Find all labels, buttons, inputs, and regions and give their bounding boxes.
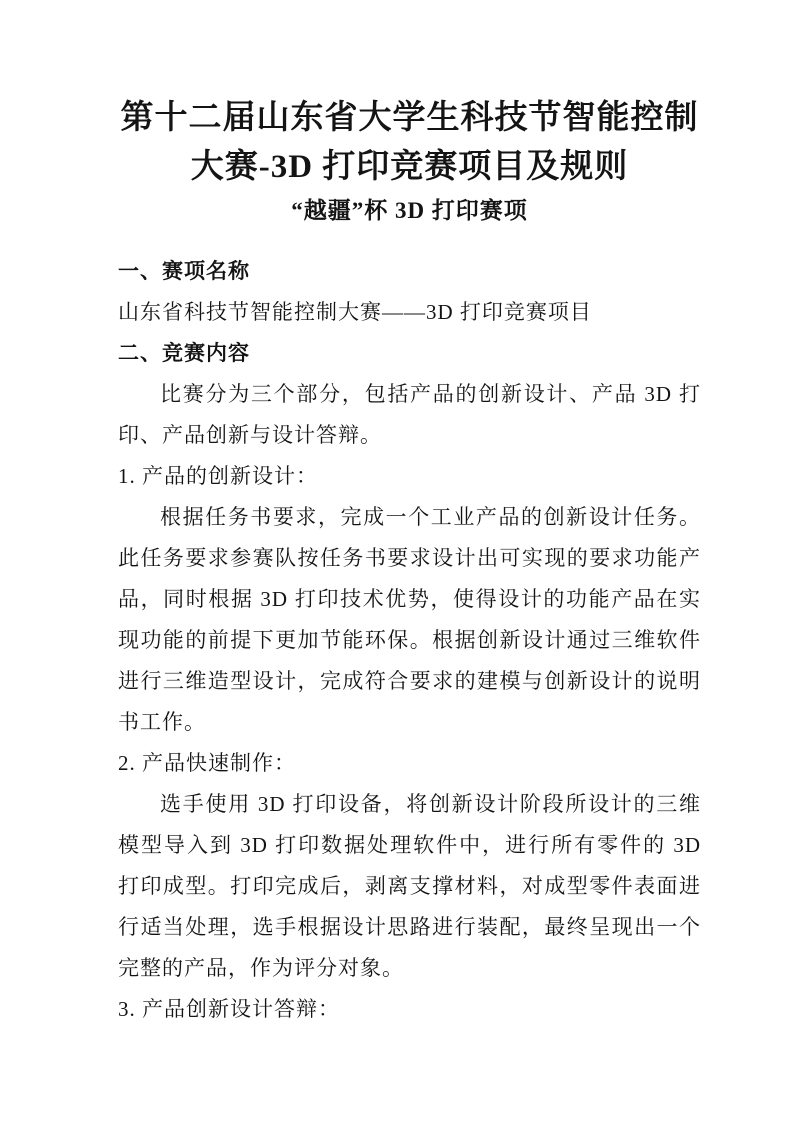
section-1-body: 山东省科技节智能控制大赛——3D 打印竞赛项目 bbox=[118, 292, 701, 333]
section-heading-2: 二、竞赛内容 bbox=[118, 333, 701, 374]
section-2-intro-paragraph: 比赛分为三个部分，包括产品的创新设计、产品 3D 打印、产品创新与设计答辩。 bbox=[118, 374, 701, 456]
list-item-1-label: 1. 产品的创新设计： bbox=[118, 456, 701, 497]
list-item-3-label: 3. 产品创新设计答辩： bbox=[118, 989, 701, 1030]
document-header: 第十二届山东省大学生科技节智能控制 大赛-3D 打印竞赛项目及规则 “越疆”杯 … bbox=[118, 94, 701, 230]
document-subtitle: “越疆”杯 3D 打印赛项 bbox=[118, 192, 701, 230]
list-item-2-label: 2. 产品快速制作： bbox=[118, 743, 701, 784]
section-heading-1: 一、赛项名称 bbox=[118, 251, 701, 292]
list-item-2-paragraph: 选手使用 3D 打印设备，将创新设计阶段所设计的三维模型导入到 3D 打印数据处… bbox=[118, 784, 701, 989]
document-body: 一、赛项名称 山东省科技节智能控制大赛——3D 打印竞赛项目 二、竞赛内容 比赛… bbox=[118, 251, 701, 1030]
document-page: 第十二届山东省大学生科技节智能控制 大赛-3D 打印竞赛项目及规则 “越疆”杯 … bbox=[0, 0, 793, 1121]
document-title: 第十二届山东省大学生科技节智能控制 大赛-3D 打印竞赛项目及规则 bbox=[118, 94, 701, 192]
list-item-1-paragraph: 根据任务书要求，完成一个工业产品的创新设计任务。此任务要求参赛队按任务书要求设计… bbox=[118, 497, 701, 743]
title-line-2: 大赛-3D 打印竞赛项目及规则 bbox=[118, 143, 701, 192]
title-line-1: 第十二届山东省大学生科技节智能控制 bbox=[118, 94, 701, 143]
